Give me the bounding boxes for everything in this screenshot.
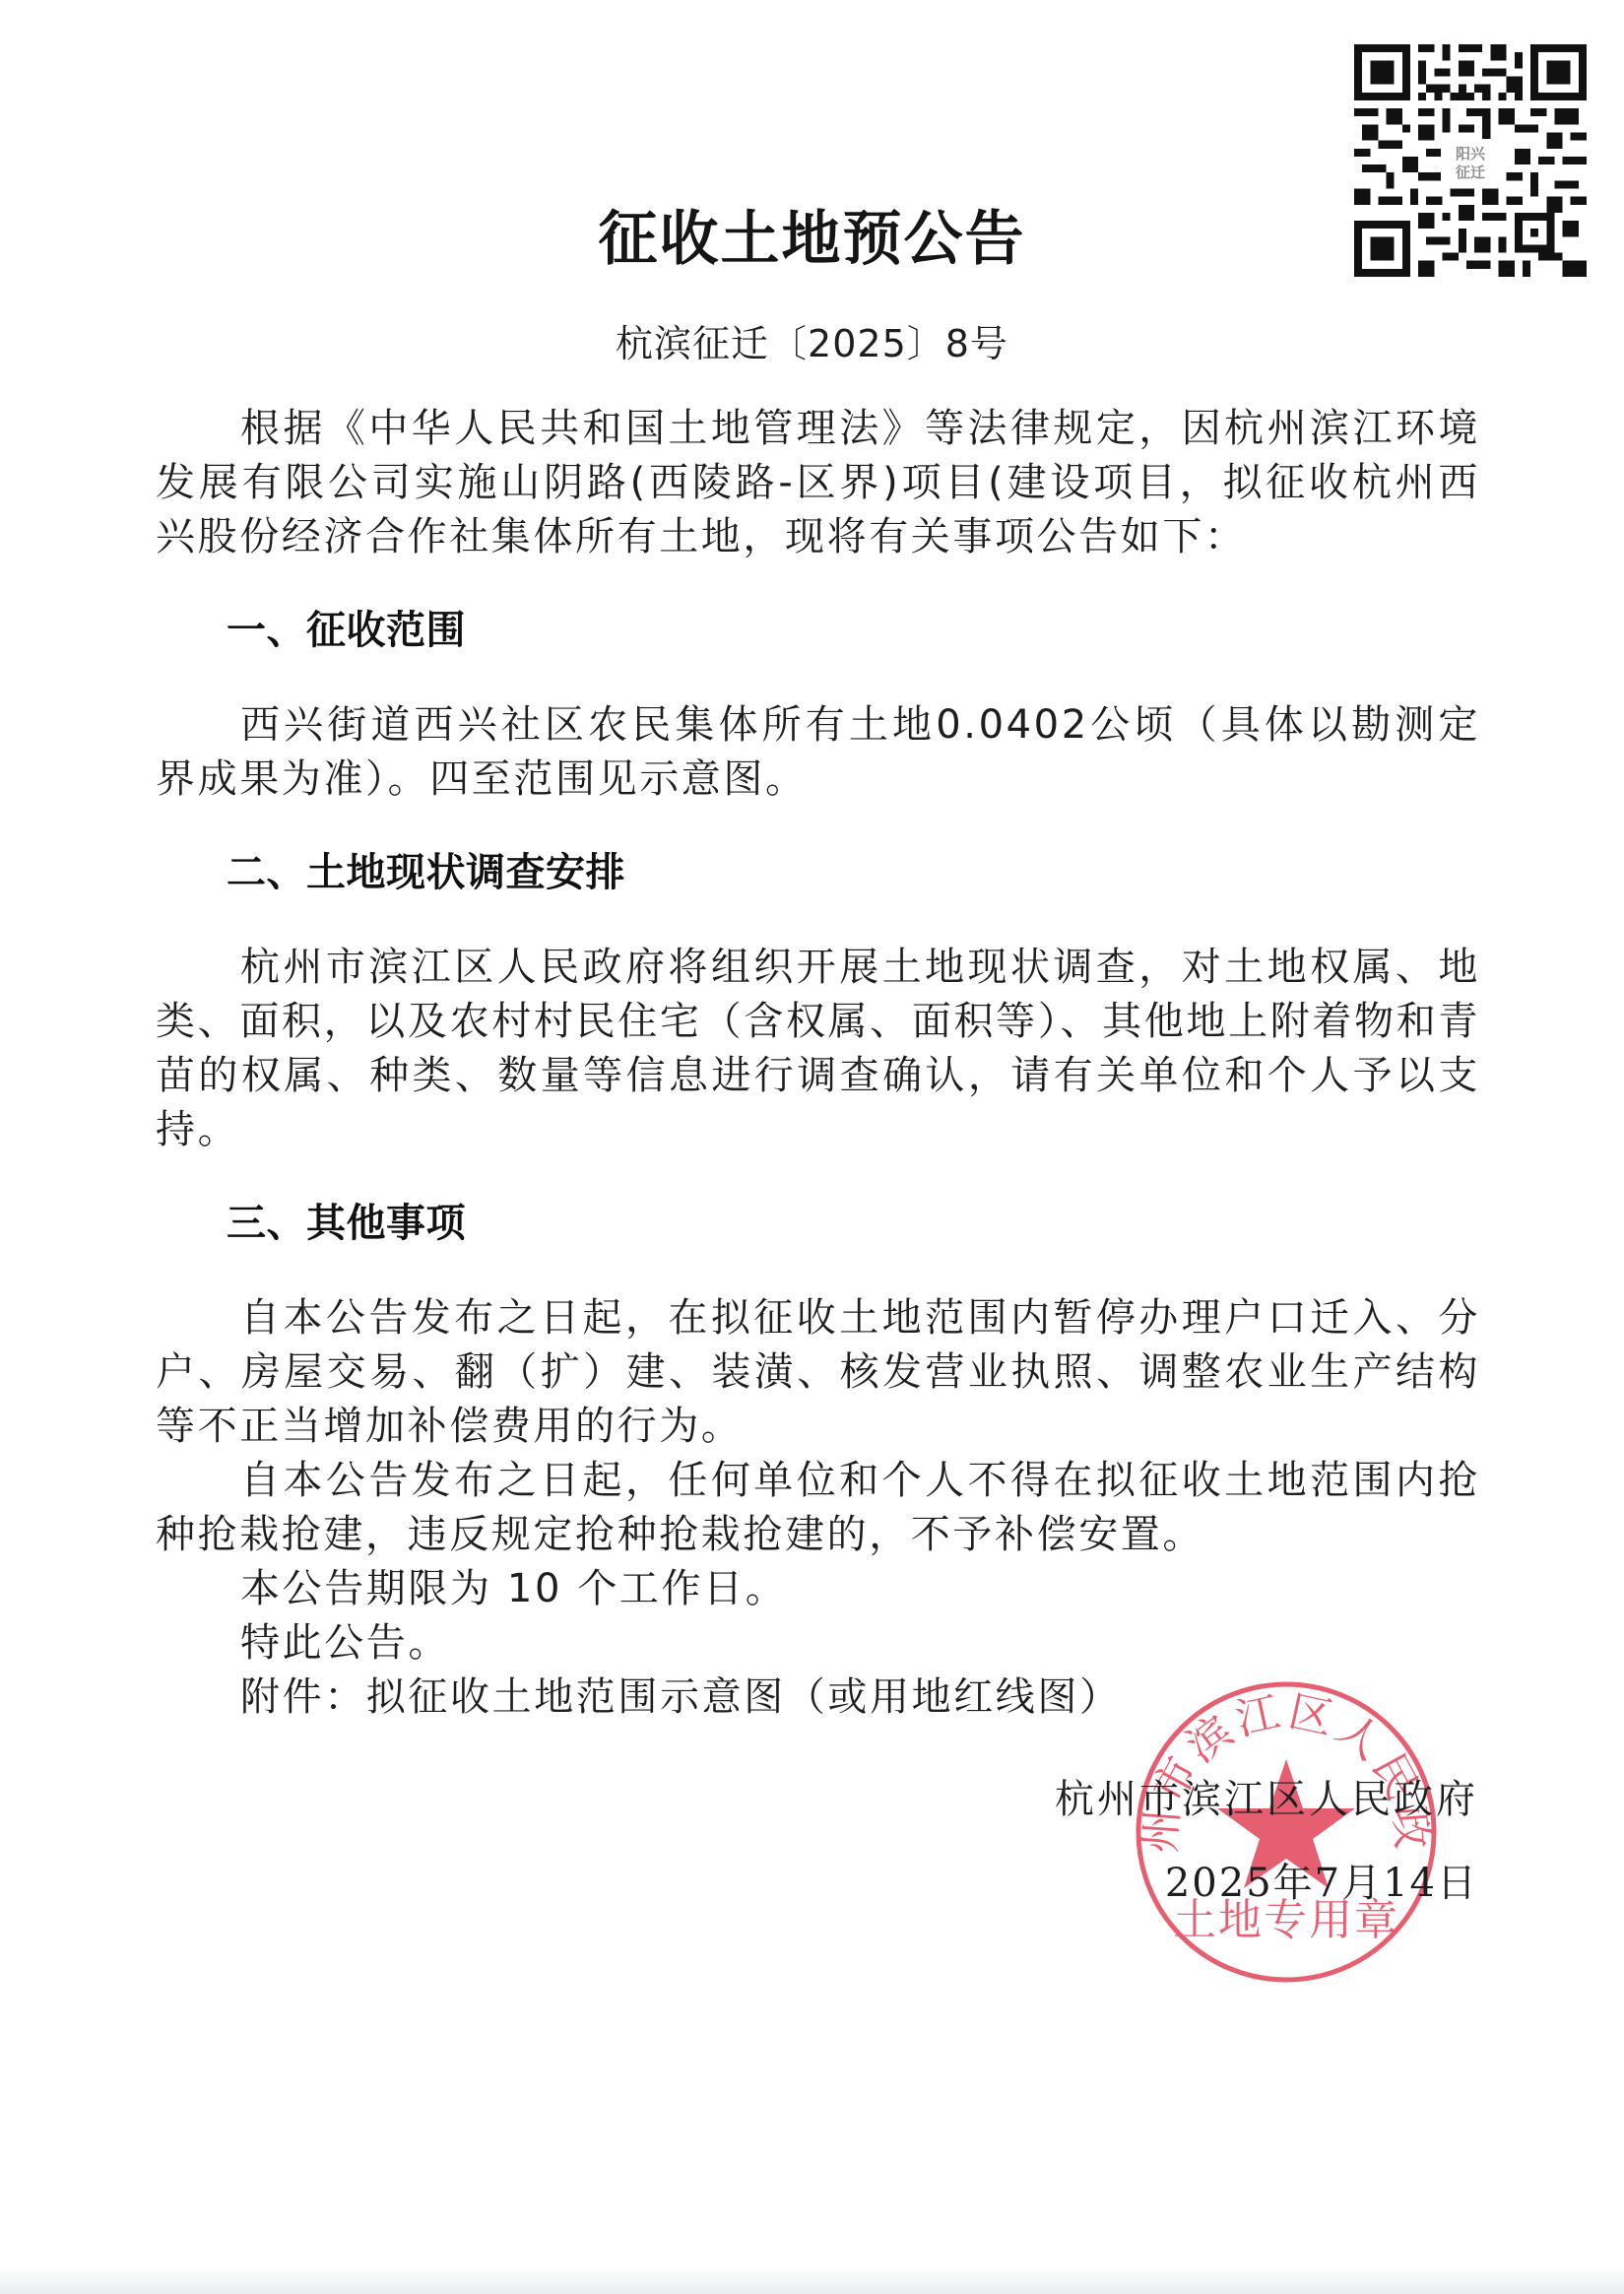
intro-paragraph: 根据《中华人民共和国土地管理法》等法律规定，因杭州滨江环境发展有限公司实施山阴路… [156, 402, 1480, 564]
section-heading-survey: 二、土地现状调查安排 [227, 846, 1480, 900]
closing-statement: 特此公告。 [240, 1616, 1480, 1671]
qr-logo-line1: 阳兴 [1456, 145, 1485, 164]
qr-center-logo: 阳兴 征迁 [1441, 139, 1500, 188]
issue-date: 2025年7月14日 [1165, 1852, 1478, 1908]
document-body: 根据《中华人民共和国土地管理法》等法律规定，因杭州滨江环境发展有限公司实施山阴路… [156, 402, 1480, 1725]
section-other-paragraph-1: 自本公告发布之日起，在拟征收土地范围内暂停办理户口迁入、分户、房屋交易、翻（扩）… [156, 1291, 1480, 1454]
section-scope-paragraph: 西兴街道西兴社区农民集体所有土地0.0402公顷（具体以勘测定界成果为准）。四至… [156, 698, 1480, 807]
issuer-signature: 杭州市滨江区人民政府 [1055, 1768, 1478, 1824]
document-number: 杭滨征迁〔2025〕8号 [0, 313, 1624, 367]
section-survey-paragraph: 杭州市滨江区人民政府将组织开展土地现状调查，对土地权属、地类、面积，以及农村村民… [156, 941, 1480, 1157]
qr-logo-line2: 征迁 [1456, 164, 1485, 182]
official-seal: 杭州市滨江区人民政府 土地专用章 [1131, 1676, 1442, 1988]
announcement-period: 本公告期限为 10 个工作日。 [240, 1562, 1480, 1616]
scan-edge-shadow [0, 2266, 1624, 2294]
section-heading-scope: 一、征收范围 [227, 604, 1480, 658]
seal-graphic: 杭州市滨江区人民政府 土地专用章 [1131, 1676, 1442, 1988]
page-title: 征收土地预公告 [0, 192, 1624, 277]
section-heading-other: 三、其他事项 [227, 1197, 1480, 1251]
section-other-paragraph-2: 自本公告发布之日起，任何单位和个人不得在拟征收土地范围内抢种抢栽抢建，违反规定抢… [156, 1454, 1480, 1562]
